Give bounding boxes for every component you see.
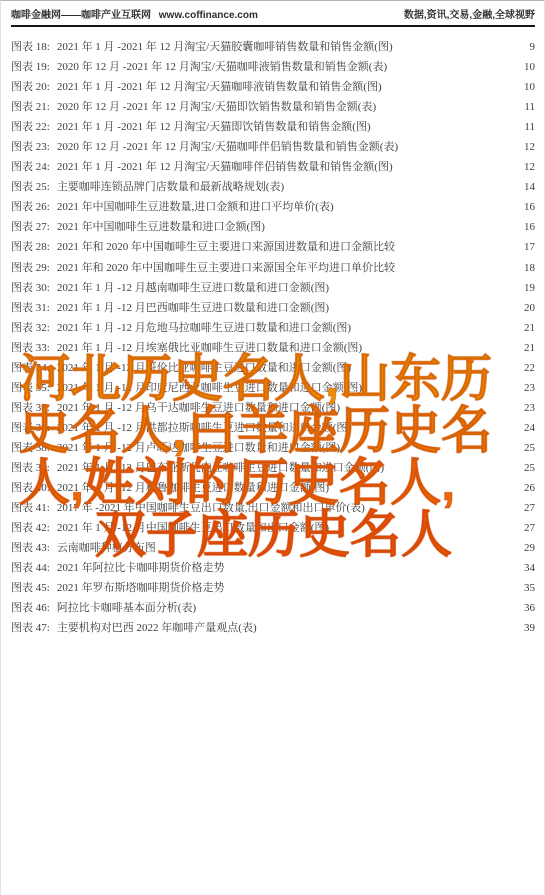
- toc-row-page-number: 21: [517, 338, 535, 358]
- toc-row-label: 图表 40:: [11, 478, 50, 498]
- toc-row-title: 2021 年 1 月 -12 月巴布亚新几内亚咖啡生豆进口数量和进口金额(图): [57, 458, 509, 478]
- toc-row[interactable]: 图表 40:2021 年 1 月 -12 月秘鲁咖啡生豆进口数量和进口金额(图)…: [11, 478, 535, 498]
- toc-row[interactable]: 图表 46:阿拉比卡咖啡基本面分析(表)36: [11, 598, 535, 618]
- toc-row-title: 2021 年 1 月 -12 月乌干达咖啡生豆进口数量和进口金额(图): [57, 398, 509, 418]
- toc-row[interactable]: 图表 20:2021 年 1 月 -2021 年 12 月淘宝/天猫咖啡液销售数…: [11, 77, 535, 97]
- toc-row-title: 2017 年 -2021 年中国咖啡生豆出口数量,出口金额和出口单价(表): [57, 498, 509, 518]
- toc-row-title: 阿拉比卡咖啡基本面分析(表): [57, 598, 509, 618]
- toc-row-page-number: 10: [517, 77, 535, 97]
- toc-row[interactable]: 图表 44:2021 年阿拉比卡咖啡期货价格走势34: [11, 558, 535, 578]
- toc-row-page-number: 12: [517, 157, 535, 177]
- toc-row-label: 图表 35:: [11, 378, 50, 398]
- toc-row-page-number: 39: [517, 618, 535, 638]
- toc-row-label: 图表 30:: [11, 278, 50, 298]
- toc-row-label: 图表 27:: [11, 217, 50, 237]
- toc-row-page-number: 22: [517, 358, 535, 378]
- toc-row-title: 2020 年 12 月 -2021 年 12 月淘宝/天猫即饮销售数量和销售金额…: [57, 97, 509, 117]
- toc-row-label: 图表 38:: [11, 438, 50, 458]
- toc-row[interactable]: 图表 21:2020 年 12 月 -2021 年 12 月淘宝/天猫即饮销售数…: [11, 97, 535, 117]
- toc-row-title: 2021 年 1 月 -12 月危地马拉咖啡生豆进口数量和进口金额(图): [57, 318, 509, 338]
- toc-row-label: 图表 36:: [11, 398, 50, 418]
- toc-row-page-number: 27: [517, 498, 535, 518]
- toc-row-page-number: 19: [517, 278, 535, 298]
- toc-row-title: 2021 年阿拉比卡咖啡期货价格走势: [57, 558, 509, 578]
- toc-row-page-number: 29: [517, 538, 535, 558]
- toc-row[interactable]: 图表 31:2021 年 1 月 -12 月巴西咖啡生豆进口数量和进口金额(图)…: [11, 298, 535, 318]
- toc-row[interactable]: 图表 34:2021 年 1 月 -12 月哥伦比亚咖啡生豆进口数量和进口金额(…: [11, 358, 535, 378]
- toc-row-page-number: 16: [517, 197, 535, 217]
- toc-row-label: 图表 44:: [11, 558, 50, 578]
- toc-row-title: 2021 年 1 月 -12 月埃塞俄比亚咖啡生豆进口数量和进口金额(图): [57, 338, 509, 358]
- site-name: 咖啡金融网——咖啡产业互联网: [11, 10, 151, 21]
- toc-row[interactable]: 图表 25:主要咖啡连锁品牌门店数量和最新战略规划(表)14: [11, 177, 535, 197]
- toc-row-title: 2021 年 1 月 -12 月中国咖啡生豆出口数量和出口金额(图): [57, 518, 509, 538]
- toc-row[interactable]: 图表 28:2021 年和 2020 年中国咖啡生豆主要进口来源国进数量和进口金…: [11, 237, 535, 257]
- toc-row-title: 2021 年 1 月 -2021 年 12 月淘宝/天猫咖啡液销售数量和销售金额…: [57, 77, 509, 97]
- toc-row-page-number: 17: [517, 237, 535, 257]
- toc-row-label: 图表 31:: [11, 298, 50, 318]
- toc-row-title: 2021 年 1 月 -12 月越南咖啡生豆进口数量和进口金额(图): [57, 278, 509, 298]
- toc-row-title: 主要咖啡连锁品牌门店数量和最新战略规划(表): [57, 177, 509, 197]
- page: 咖啡金融网——咖啡产业互联网 www.coffinance.com 数据,资讯,…: [0, 0, 545, 895]
- toc-row-label: 图表 32:: [11, 318, 50, 338]
- toc-row-title: 2021 年 1 月 -12 月洪都拉斯咖啡生豆进口数量和进口金额(图): [57, 418, 509, 438]
- toc-row-label: 图表 47:: [11, 618, 50, 638]
- toc-row-page-number: 20: [517, 298, 535, 318]
- toc-row[interactable]: 图表 37:2021 年 1 月 -12 月洪都拉斯咖啡生豆进口数量和进口金额(…: [11, 418, 535, 438]
- toc-row-label: 图表 23:: [11, 137, 50, 157]
- toc-row-page-number: 23: [517, 398, 535, 418]
- toc-row[interactable]: 图表 18:2021 年 1 月 -2021 年 12 月淘宝/天猫胶囊咖啡销售…: [11, 37, 535, 57]
- header-tagline: 数据,资讯,交易,金融,全球视野: [404, 6, 535, 21]
- toc-row[interactable]: 图表 30:2021 年 1 月 -12 月越南咖啡生豆进口数量和进口金额(图)…: [11, 278, 535, 298]
- toc-row-page-number: 11: [517, 97, 535, 117]
- toc-row-page-number: 23: [517, 378, 535, 398]
- toc-row-label: 图表 37:: [11, 418, 50, 438]
- toc-row-label: 图表 28:: [11, 237, 50, 257]
- toc-row[interactable]: 图表 42:2021 年 1 月 -12 月中国咖啡生豆出口数量和出口金额(图)…: [11, 518, 535, 538]
- toc-row-label: 图表 26:: [11, 197, 50, 217]
- toc-row-label: 图表 29:: [11, 258, 50, 278]
- toc-row-page-number: 11: [517, 117, 535, 137]
- toc-row-page-number: 18: [517, 258, 535, 278]
- toc-row[interactable]: 图表 36:2021 年 1 月 -12 月乌干达咖啡生豆进口数量和进口金额(图…: [11, 398, 535, 418]
- toc-row-label: 图表 18:: [11, 37, 50, 57]
- toc-row-title: 云南咖啡种植分布图: [57, 538, 509, 558]
- toc-row-label: 图表 46:: [11, 598, 50, 618]
- toc-row-label: 图表 39:: [11, 458, 50, 478]
- toc-row[interactable]: 图表 38:2021 年 1 月 -12 月卢旺达咖啡生豆进口数量和进口金额(图…: [11, 438, 535, 458]
- toc-row[interactable]: 图表 26:2021 年中国咖啡生豆进数量,进口金额和进口平均单价(表)16: [11, 197, 535, 217]
- toc-row[interactable]: 图表 47:主要机构对巴西 2022 年咖啡产量观点(表)39: [11, 618, 535, 638]
- site-url: www.coffinance.com: [159, 10, 258, 21]
- toc-row-label: 图表 45:: [11, 578, 50, 598]
- toc-row-title: 2020 年 12 月 -2021 年 12 月淘宝/天猫咖啡伴侣销售数量和销售…: [57, 137, 509, 157]
- toc-row-page-number: 36: [517, 598, 535, 618]
- toc-row-label: 图表 25:: [11, 177, 50, 197]
- toc-row-title: 2021 年 1 月 -12 月印度尼西亚咖啡生豆进口数量和进口金额(图): [57, 378, 509, 398]
- site-title: 咖啡金融网——咖啡产业互联网 www.coffinance.com: [11, 6, 258, 21]
- toc-row-title: 2021 年和 2020 年中国咖啡生豆主要进口来源国全年平均进口单价比较: [57, 258, 509, 278]
- toc-row-label: 图表 42:: [11, 518, 50, 538]
- toc-row[interactable]: 图表 43:云南咖啡种植分布图29: [11, 538, 535, 558]
- toc-row-label: 图表 43:: [11, 538, 50, 558]
- toc-row[interactable]: 图表 19:2020 年 12 月 -2021 年 12 月淘宝/天猫咖啡液销售…: [11, 57, 535, 77]
- toc-row-page-number: 16: [517, 217, 535, 237]
- toc-row-title: 2021 年 1 月 -12 月秘鲁咖啡生豆进口数量和进口金额(图): [57, 478, 509, 498]
- document-header: 咖啡金融网——咖啡产业互联网 www.coffinance.com 数据,资讯,…: [11, 1, 535, 27]
- toc-row-label: 图表 24:: [11, 157, 50, 177]
- toc-row-title: 2021 年 1 月 -2021 年 12 月淘宝/天猫胶囊咖啡销售数量和销售金…: [57, 37, 509, 57]
- toc-row-page-number: 21: [517, 318, 535, 338]
- toc-row-page-number: 12: [517, 137, 535, 157]
- toc-row-label: 图表 22:: [11, 117, 50, 137]
- toc-row[interactable]: 图表 22:2021 年 1 月 -2021 年 12 月淘宝/天猫即饮销售数量…: [11, 117, 535, 137]
- toc-row-page-number: 35: [517, 578, 535, 598]
- toc-row-title: 2021 年和 2020 年中国咖啡生豆主要进口来源国进数量和进口金额比较: [57, 237, 509, 257]
- toc-row-title: 主要机构对巴西 2022 年咖啡产量观点(表): [57, 618, 509, 638]
- toc-row[interactable]: 图表 29:2021 年和 2020 年中国咖啡生豆主要进口来源国全年平均进口单…: [11, 258, 535, 278]
- toc-row[interactable]: 图表 27:2021 年中国咖啡生豆进数量和进口金额(图)16: [11, 217, 535, 237]
- toc-row-label: 图表 19:: [11, 57, 50, 77]
- toc-row-page-number: 27: [517, 518, 535, 538]
- toc-row[interactable]: 图表 33:2021 年 1 月 -12 月埃塞俄比亚咖啡生豆进口数量和进口金额…: [11, 338, 535, 358]
- toc-row-page-number: 10: [517, 57, 535, 77]
- toc-row[interactable]: 图表 32:2021 年 1 月 -12 月危地马拉咖啡生豆进口数量和进口金额(…: [11, 318, 535, 338]
- toc-row-page-number: 9: [517, 37, 535, 57]
- toc-row[interactable]: 图表 35:2021 年 1 月 -12 月印度尼西亚咖啡生豆进口数量和进口金额…: [11, 378, 535, 398]
- toc-row[interactable]: 图表 23:2020 年 12 月 -2021 年 12 月淘宝/天猫咖啡伴侣销…: [11, 137, 535, 157]
- toc-row-label: 图表 41:: [11, 498, 50, 518]
- toc-row-title: 2021 年中国咖啡生豆进数量,进口金额和进口平均单价(表): [57, 197, 509, 217]
- figure-list: 图表 18:2021 年 1 月 -2021 年 12 月淘宝/天猫胶囊咖啡销售…: [11, 37, 535, 638]
- toc-row-page-number: 25: [517, 438, 535, 458]
- toc-row-title: 2021 年 1 月 -2021 年 12 月淘宝/天猫即饮销售数量和销售金额(…: [57, 117, 509, 137]
- toc-row-title: 2020 年 12 月 -2021 年 12 月淘宝/天猫咖啡液销售数量和销售金…: [57, 57, 509, 77]
- toc-row-title: 2021 年 1 月 -12 月哥伦比亚咖啡生豆进口数量和进口金额(图): [57, 358, 509, 378]
- toc-row-page-number: 34: [517, 558, 535, 578]
- toc-row-page-number: 14: [517, 177, 535, 197]
- toc-row[interactable]: 图表 41:2017 年 -2021 年中国咖啡生豆出口数量,出口金额和出口单价…: [11, 498, 535, 518]
- toc-row[interactable]: 图表 45:2021 年罗布斯塔咖啡期货价格走势35: [11, 578, 535, 598]
- toc-row-label: 图表 20:: [11, 77, 50, 97]
- toc-row-label: 图表 34:: [11, 358, 50, 378]
- toc-row-page-number: 25: [517, 458, 535, 478]
- toc-row-page-number: 26: [517, 478, 535, 498]
- toc-row-title: 2021 年 1 月 -12 月巴西咖啡生豆进口数量和进口金额(图): [57, 298, 509, 318]
- toc-row[interactable]: 图表 39:2021 年 1 月 -12 月巴布亚新几内亚咖啡生豆进口数量和进口…: [11, 458, 535, 478]
- toc-row-title: 2021 年 1 月 -2021 年 12 月淘宝/天猫咖啡伴侣销售数量和销售金…: [57, 157, 509, 177]
- toc-row[interactable]: 图表 24:2021 年 1 月 -2021 年 12 月淘宝/天猫咖啡伴侣销售…: [11, 157, 535, 177]
- toc-row-label: 图表 21:: [11, 97, 50, 117]
- toc-row-title: 2021 年罗布斯塔咖啡期货价格走势: [57, 578, 509, 598]
- toc-row-page-number: 24: [517, 418, 535, 438]
- toc-row-title: 2021 年 1 月 -12 月卢旺达咖啡生豆进口数量和进口金额(图): [57, 438, 509, 458]
- toc-row-label: 图表 33:: [11, 338, 50, 358]
- toc-row-title: 2021 年中国咖啡生豆进数量和进口金额(图): [57, 217, 509, 237]
